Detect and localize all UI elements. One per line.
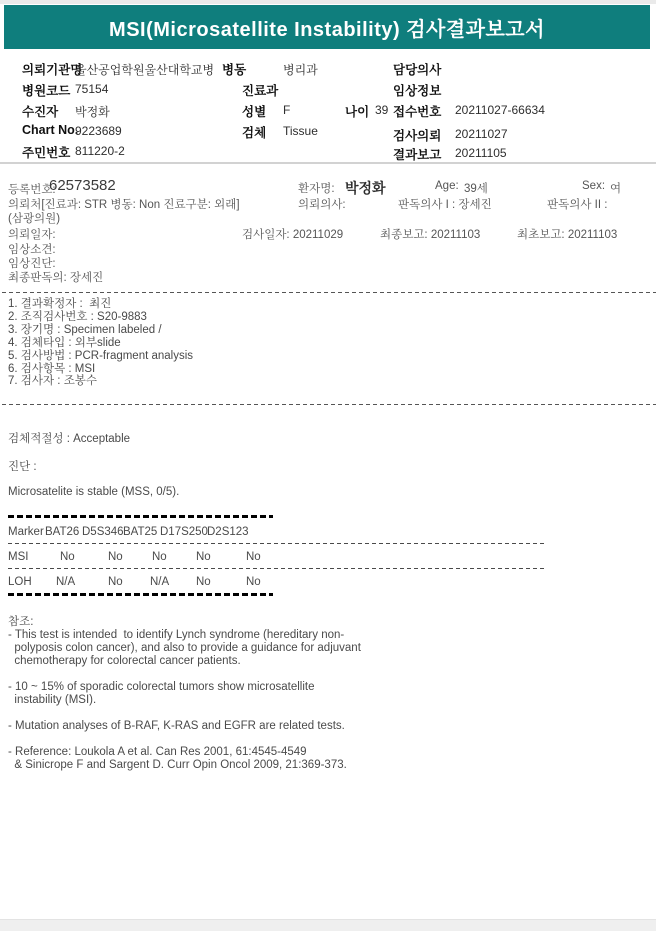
- specimen-label: 검체: [242, 123, 266, 141]
- org-value: 울산공업학원울산대학교병: [75, 61, 214, 78]
- note-line: chemotherapy for colorectal cancer patie…: [8, 655, 361, 668]
- reg-no-value: 62573582: [49, 177, 116, 194]
- table-row-divider: [8, 568, 545, 569]
- notes-title: 참조:: [8, 616, 361, 629]
- sex-label: 성별: [242, 102, 266, 120]
- note-line: instability (MSI).: [8, 694, 361, 707]
- dashed-divider-2: [2, 404, 656, 405]
- list-item: 3. 장기명 : Specimen labeled /: [8, 324, 193, 337]
- hospital-code-value: 75154: [75, 82, 108, 96]
- table-row-divider: [8, 543, 545, 544]
- dashed-divider-1: [2, 292, 656, 293]
- specimen-adequacy: 검체적절성 : Acceptable: [8, 430, 130, 446]
- request-date-label2: 의뢰일자:: [8, 226, 56, 242]
- dept-label: 진료과: [242, 81, 278, 99]
- diagnosis-result: Microsatelite is stable (MSS, 0/5).: [8, 486, 179, 498]
- list-item: 7. 검사자 : 조봉수: [8, 375, 193, 388]
- request-date-value: 20211027: [455, 127, 508, 141]
- table-header: D2S123: [207, 526, 249, 538]
- diagnosis-label: 진단 :: [8, 458, 37, 474]
- sex-en-label: Sex:: [582, 180, 605, 192]
- list-item: 4. 검체타입 : 외부slide: [8, 337, 193, 350]
- table-cell: No: [152, 551, 167, 563]
- sex-value: F: [283, 103, 290, 117]
- table-cell: N/A: [150, 576, 169, 588]
- table-cell: No: [246, 576, 261, 588]
- report-date-value: 20211105: [455, 146, 507, 160]
- exam-date: 검사일자: 20211029: [242, 226, 343, 242]
- list-item: 5. 검사방법 : PCR-fragment analysis: [8, 350, 193, 363]
- note-line: - Reference: Loukola A et al. Can Res 20…: [8, 746, 361, 759]
- table-header: BAT26: [45, 526, 79, 538]
- table-cell: No: [108, 551, 123, 563]
- row-label-loh: LOH: [8, 576, 32, 588]
- row-label-msi: MSI: [8, 551, 28, 563]
- table-header: D17S250: [160, 526, 208, 538]
- report-date-label: 결과보고: [393, 145, 441, 163]
- table-header: BAT25: [123, 526, 157, 538]
- chart-no-label: Chart No.: [22, 123, 78, 137]
- clinical-info-label: 임상정보: [393, 81, 441, 99]
- list-item: 2. 조직검사번호 : S20-9883: [8, 311, 193, 324]
- reader2-label: 판독의사 II :: [547, 196, 607, 212]
- receipt-label: 접수번호: [393, 102, 441, 120]
- final-report-date: 최종보고: 20211103: [380, 226, 480, 242]
- reference-notes: 참조: - This test is intended to identify …: [8, 616, 361, 772]
- first-report-date: 최초보고: 20211103: [517, 226, 617, 242]
- age-en-label: Age:: [435, 180, 459, 192]
- jumin-value: 811220-2: [75, 144, 125, 158]
- patient-label: 수진자: [22, 102, 58, 120]
- note-line: - 10 ~ 15% of sporadic colorectal tumors…: [8, 681, 361, 694]
- sex-en-value: 여: [610, 180, 621, 196]
- report-title-banner: MSI(Microsatellite Instability) 검사결과보고서: [4, 5, 650, 49]
- table-header-marker: Marker: [8, 526, 44, 538]
- top-strip: [0, 0, 656, 4]
- doctor-label: 담당의사: [393, 60, 441, 78]
- age-value: 39: [375, 103, 388, 117]
- note-line: polyposis colon cancer), and also to pro…: [8, 642, 361, 655]
- note-line: - Mutation analyses of B-RAF, K-RAS and …: [8, 720, 361, 733]
- list-item: 6. 검사항목 : MSI: [8, 363, 193, 376]
- spacer: [8, 668, 361, 681]
- spacer: [8, 733, 361, 746]
- table-border-top: [8, 515, 273, 518]
- age-en-value: 39세: [464, 180, 488, 196]
- patient-name-label: 환자명:: [298, 180, 335, 196]
- table-cell: No: [246, 551, 261, 563]
- table-cell: No: [196, 551, 211, 563]
- request-date-label: 검사의뢰: [393, 126, 441, 144]
- section-divider: [0, 162, 656, 164]
- reader1-value: 판독의사 I : 장세진: [398, 196, 492, 212]
- list-item: 1. 결과확정자 : 최진: [8, 298, 193, 311]
- table-border-bottom: [8, 593, 273, 596]
- clinic-name: (삼광의원): [8, 210, 60, 226]
- final-reader-value: 최종판독의: 장세진: [8, 269, 103, 285]
- ref-doctor-label: 의뢰의사:: [298, 196, 346, 212]
- jumin-label: 주민번호: [22, 143, 70, 161]
- page-title: MSI(Microsatellite Instability) 검사결과보고서: [109, 13, 545, 42]
- note-line: - This test is intended to identify Lync…: [8, 629, 361, 642]
- age-label: 나이: [345, 102, 369, 120]
- specimen-value: Tissue: [283, 124, 318, 138]
- spacer: [8, 707, 361, 720]
- bottom-strip: [0, 919, 656, 931]
- org-label: 의뢰기관명: [22, 60, 82, 78]
- table-cell: N/A: [56, 576, 75, 588]
- chart-no-value: 9223689: [75, 124, 122, 138]
- hospital-code-label: 병원코드: [22, 81, 70, 99]
- table-header: D5S346: [82, 526, 124, 538]
- report-page: MSI(Microsatellite Instability) 검사결과보고서 …: [0, 0, 656, 931]
- test-detail-list: 1. 결과확정자 : 최진 2. 조직검사번호 : S20-9883 3. 장기…: [8, 298, 193, 388]
- table-cell: No: [108, 576, 123, 588]
- patient-value: 박정화: [75, 103, 110, 120]
- note-line: & Sinicrope F and Sargent D. Curr Opin O…: [8, 759, 361, 772]
- ward-label: 병동: [222, 60, 246, 78]
- table-cell: No: [196, 576, 211, 588]
- table-cell: No: [60, 551, 75, 563]
- receipt-value: 20211027-66634: [455, 103, 545, 117]
- patient-name-value: 박정화: [345, 178, 386, 198]
- ward-value: 병리과: [283, 61, 318, 78]
